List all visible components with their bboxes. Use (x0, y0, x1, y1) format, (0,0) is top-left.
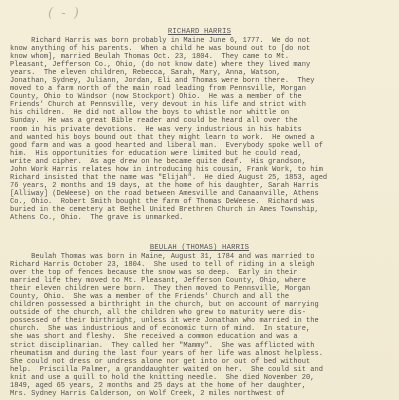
text-line: County, Ohio to Windsor (now Stockport) … (10, 93, 396, 101)
text-line: Sunday. He was a great Bible reader and … (10, 117, 396, 125)
text-line: Co., Ohio. Robert Smith bought the farm … (10, 198, 396, 206)
section-title-richard-harris: RICHARD HARRIS (0, 28, 399, 36)
text-line: 1849, aged 65 years, 2 months and 25 day… (10, 382, 396, 390)
text-line: Friends' Church at Pennsville, very devo… (10, 101, 396, 109)
text-line: she was short and fleshy. She received a… (10, 333, 396, 341)
text-line: [Alliway] (DeWeese) on the road between … (10, 190, 396, 198)
text-line: 76 years, 2 months and 19 days, at the h… (10, 182, 396, 190)
typewritten-page: ( - ) RICHARD HARRIS Richard Harris was … (0, 0, 399, 400)
text-line: strict disciplinarian. They called her "… (10, 342, 396, 350)
text-line: church. She was industrious and of econo… (10, 325, 396, 333)
text-line: Beulah Thomas was born in Maine, August … (10, 253, 396, 261)
text-line: Richard insisted that the name was "Elij… (10, 174, 396, 182)
richard-harris-biography: Richard Harris was born probably in Main… (10, 37, 396, 222)
text-line: buried in the cemetery at Bethel United … (10, 206, 396, 214)
text-line: know whom], married Beulah Thomas Oct. 2… (10, 53, 396, 61)
text-line: years. The eleven children, Rebecca, Sar… (10, 69, 396, 77)
text-line: children possessed a birthright in the c… (10, 301, 396, 309)
text-line: possessed of their birthright, unless it… (10, 317, 396, 325)
pencil-margin-note: ( - ) (48, 6, 81, 21)
text-line: good farm and was a good hearted and lib… (10, 142, 396, 150)
text-line: Jonathan, Sydney, Juliann, Jordan, Eli a… (10, 77, 396, 85)
text-line: room in his private devotions. He was ve… (10, 126, 396, 134)
text-line: over the top of fences because the snow … (10, 269, 396, 277)
text-line: his children. He did not allow the boys … (10, 109, 396, 117)
text-line: County, Ohio. She was a member of the Fr… (10, 293, 396, 301)
beulah-harris-biography: Beulah Thomas was born in Maine, August … (10, 253, 396, 398)
text-line: Mrs. Sydney Harris Calderson, on Wolf Cr… (10, 390, 396, 398)
text-line: Richard Harris was born probably in Main… (10, 37, 396, 45)
section-title-beulah-harris: BEULAH (THOMAS) HARRIS (0, 244, 399, 252)
text-line: knit and use a quill to hold the knittin… (10, 374, 396, 382)
text-line: write and cipher. As age drew on he beca… (10, 158, 396, 166)
text-line: Athens Co., Ohio. The grave is unmarked. (10, 214, 396, 222)
text-line: Pleasant, Jefferson Co., Ohio, (do not k… (10, 61, 396, 69)
text-line: and wanted his boys bound out that they … (10, 134, 396, 142)
text-line: outside of the church, all the children … (10, 309, 396, 317)
text-line: married life they moved to Mt. Pleasant,… (10, 277, 396, 285)
text-line: John Work Harris relates how in introduc… (10, 166, 396, 174)
text-line: She could not dress or undress alone nor… (10, 358, 396, 366)
text-line: know anything of his parents. When a chi… (10, 45, 396, 53)
text-line: Richard Harris October 23, 1804. She use… (10, 261, 396, 269)
text-line: rheumatism and during the last four year… (10, 350, 396, 358)
text-line: him. His opportunities for education wer… (10, 150, 396, 158)
text-line: their eleven children were born. They th… (10, 285, 396, 293)
text-line: moved to a farm north of the main road l… (10, 85, 396, 93)
text-line: help. Priscilla Palmer, a granddaughter … (10, 366, 396, 374)
